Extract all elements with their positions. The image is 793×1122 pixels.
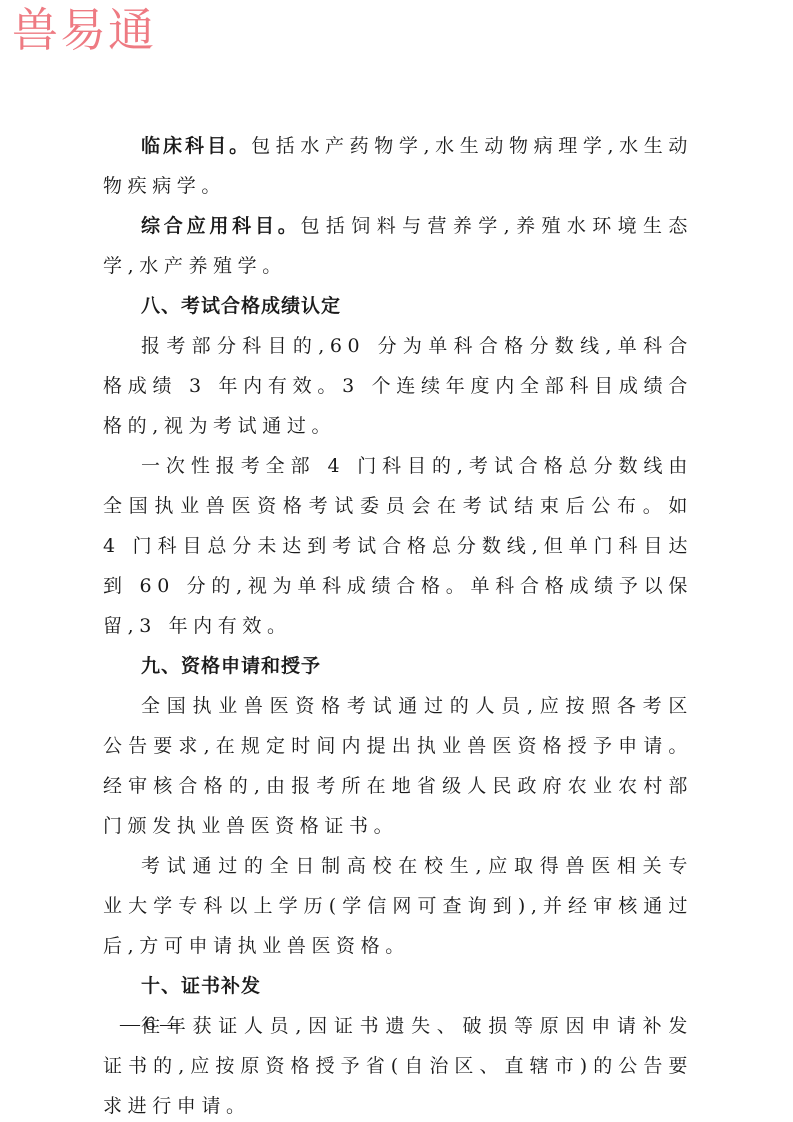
watermark-logo: 兽易通 (12, 2, 156, 58)
paragraph-lead: 综合应用科目。 (141, 215, 301, 237)
paragraph-comprehensive-subjects: 综合应用科目。包括饲料与营养学,养殖水环境生态学,水产养殖学。 (103, 206, 693, 286)
section-heading-8: 八、考试合格成绩认定 (103, 286, 693, 326)
paragraph-lead: 临床科目。 (141, 135, 251, 157)
section-heading-10: 十、证书补发 (103, 966, 693, 1006)
paragraph: 一次性报考全部 4 门科目的,考试合格总分数线由全国执业兽医资格考试委员会在考试… (103, 446, 693, 646)
page-number: — 6 — (120, 1010, 180, 1038)
paragraph: 报考部分科目的,60 分为单科合格分数线,单科合格成绩 3 年内有效。3 个连续… (103, 326, 693, 446)
paragraph-clinical-subjects: 临床科目。包括水产药物学,水生动物病理学,水生动物疾病学。 (103, 126, 693, 206)
paragraph: 考试通过的全日制高校在校生,应取得兽医相关专业大学专科以上学历(学信网可查询到)… (103, 846, 693, 966)
document-body: 临床科目。包括水产药物学,水生动物病理学,水生动物疾病学。 综合应用科目。包括饲… (103, 126, 693, 1122)
paragraph: 全国执业兽医资格考试通过的人员,应按照各考区公告要求,在规定时间内提出执业兽医资… (103, 686, 693, 846)
section-heading-9: 九、资格申请和授予 (103, 646, 693, 686)
paragraph: 往年获证人员,因证书遗失、破损等原因申请补发证书的,应按原资格授予省(自治区、直… (103, 1006, 693, 1122)
